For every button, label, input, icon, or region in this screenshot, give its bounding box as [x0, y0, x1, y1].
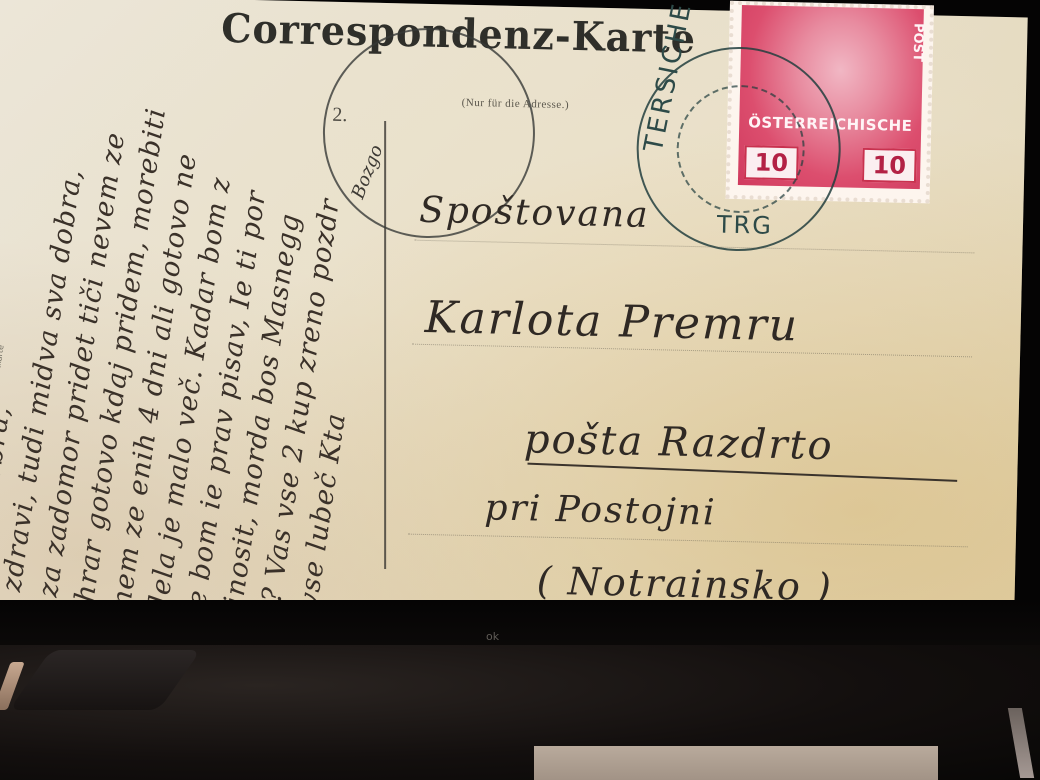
address-town: pri Postojni: [484, 487, 717, 533]
address-salutation: Spoštovana: [419, 190, 650, 236]
address-post-office: pošta Razdrto: [524, 416, 835, 469]
stamp-value-right: 10: [862, 148, 917, 183]
postcard: Correspondenz-Karte (Nur für die Adresse…: [0, 0, 1028, 637]
monitor-brand-label: ok: [486, 630, 499, 643]
paper-sheet: [534, 746, 938, 780]
postmark-left-number: 2.: [332, 104, 348, 127]
address-rule: [408, 534, 968, 548]
stamp-side-text: POST: [910, 23, 926, 62]
postmark-right-bottom-text: TRG: [717, 211, 774, 240]
monitor-screen: Correspondenz-Karte (Nur für die Adresse…: [0, 0, 1040, 640]
address-rule: [415, 240, 975, 254]
address-recipient: Karlota Premru: [424, 292, 799, 351]
